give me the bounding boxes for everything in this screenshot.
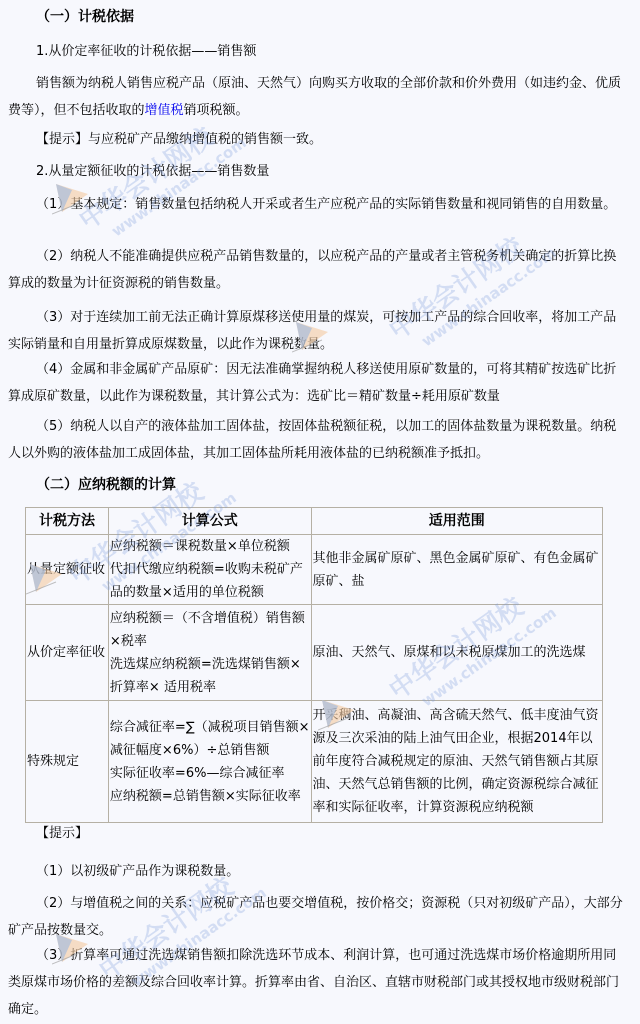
header-scope: 适用范围 [311,508,602,535]
section-heading-tax-basis: （一）计税依据 [36,6,134,26]
formula-line: 实际征收率=6%—综合减征率 [110,762,310,785]
cell-formula: 应纳税额＝课税数量×单位税额 代扣代缴应纳税额=收购未税矿产品的数量×适用的单位… [108,535,311,605]
cell-formula: 应纳税额＝（不含增值税）销售额×税率 洗选煤应纳税额=洗选煤销售额×折算率× 适… [108,605,311,701]
vat-link[interactable]: 增值税 [145,103,184,118]
tip-item-2: （2）与增值税之间的关系：应税矿产品也要交增值税，按价格交；资源税（只对初级矿产… [8,890,628,944]
formula-line: 代扣代缴应纳税额=收购未税矿产品的数量×适用的单位税额 [110,558,310,604]
cell-formula: 综合减征率=∑（减税项目销售额×减征幅度×6%）÷总销售额 实际征收率=6%—综… [108,701,311,823]
point-1: （1）基本规定：销售数量包括纳税人开采或者生产应税产品的实际销售数量和视同销售的… [8,191,628,218]
formula-line: 应纳税额＝（不含增值税）销售额×税率 [110,607,310,653]
tip-item-1: （1）以初级矿产品作为课税数量。 [8,858,628,885]
formula-line: 应纳税额＝课税数量×单位税额 [110,535,310,558]
point-2: （2）纳税人不能准确提供应税产品销售数量的，以应税产品的产量或者主管税务机关确定… [8,243,628,297]
tip-item-3: （3）折算率可通过洗选煤销售额扣除洗选环节成本、利润计算，也可通过洗选煤市场价格… [8,942,628,1023]
formula-line: 综合减征率=∑（减税项目销售额×减征幅度×6%）÷总销售额 [110,716,310,762]
tax-calculation-table: 计税方法 计算公式 适用范围 从量定额征收 应纳税额＝课税数量×单位税额 代扣代… [25,507,603,823]
formula-line: 应纳税额=总销售额×实际征收率 [110,785,310,808]
cell-method: 从量定额征收 [26,535,109,605]
point-4: （4）金属和非金属矿产品原矿：因无法准确掌握纳税人移送使用原矿数量的，可将其精矿… [8,356,628,410]
tip-title: 【提示】 [8,820,628,847]
table-row: 从价定率征收 应纳税额＝（不含增值税）销售额×税率 洗选煤应纳税额=洗选煤销售额… [26,605,603,701]
item1-paragraph: 销售额为纳税人销售应税产品（原油、天然气）向购买方收取的全部价款和价外费用（如违… [8,70,628,124]
item1-text-after: 销项税额。 [184,103,249,118]
tip1: 【提示】与应税矿产品缴纳增值税的销售额一致。 [8,126,628,153]
item1-heading: 1.从价定率征收的计税依据——销售额 [8,38,628,65]
table-row: 从量定额征收 应纳税额＝课税数量×单位税额 代扣代缴应纳税额=收购未税矿产品的数… [26,535,603,605]
item2-heading: 2.从量定额征收的计税依据——销售数量 [8,158,628,185]
cell-method: 从价定率征收 [26,605,109,701]
header-method: 计税方法 [26,508,109,535]
item1-text-before: 销售额为纳税人销售应税产品（原油、天然气）向购买方收取的全部价款和价外费用（如违… [8,76,621,118]
header-formula: 计算公式 [108,508,311,535]
cell-scope: 原油、天然气、原煤和以未税原煤加工的洗选煤 [311,605,602,701]
cell-scope: 其他非金属矿原矿、黑色金属矿原矿、有色金属矿原矿、盐 [311,535,602,605]
table-header-row: 计税方法 计算公式 适用范围 [26,508,603,535]
formula-line: 洗选煤应纳税额=洗选煤销售额×折算率× 适用税率 [110,653,310,699]
cell-method: 特殊规定 [26,701,109,823]
cell-scope: 开采稠油、高凝油、高含硫天然气、低丰度油气资源及三次采油的陆上油气田企业，根据2… [311,701,602,823]
table-row: 特殊规定 综合减征率=∑（减税项目销售额×减征幅度×6%）÷总销售额 实际征收率… [26,701,603,823]
point-3: （3）对于连续加工前无法正确计算原煤移送使用量的煤炭，可按加工产品的综合回收率，… [8,304,628,358]
point-5: （5）纳税人以自产的液体盐加工固体盐，按固体盐税额征税，以加工的固体盐数量为课税… [8,413,628,467]
section-heading-calculation: （二）应纳税额的计算 [36,474,176,494]
